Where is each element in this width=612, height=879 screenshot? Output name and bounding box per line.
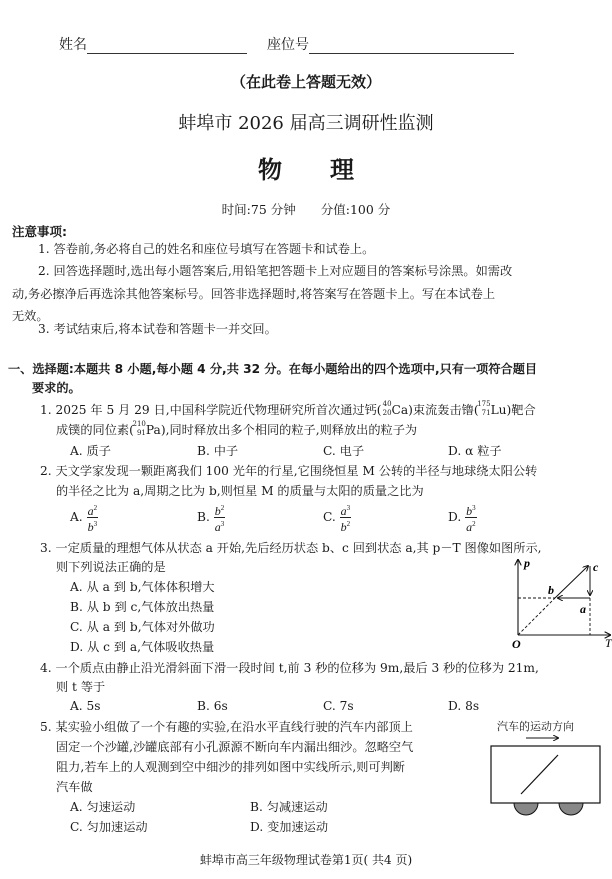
car-direction-caption: 汽车的运动方向 bbox=[497, 718, 574, 734]
q1-stem: 1. 2025 年 5 月 29 日,中国科学院近代物理研究所首次通过钙(402… bbox=[40, 402, 600, 418]
q4-option-a: A. 5s bbox=[70, 699, 101, 713]
instruction-2-cont: 动,务必擦净后再选涂其他答案标号。回答非选择题时,将答案写在答题卡上。写在本试卷… bbox=[12, 286, 600, 302]
q5-number: 5. bbox=[40, 720, 52, 734]
car-body bbox=[491, 746, 600, 803]
q1-stem-cont: 成镤的同位素(21091Pa),同时释放出多个相同的粒子,则释放出的粒子为 bbox=[56, 422, 600, 438]
car-diagram bbox=[488, 735, 608, 835]
seat-blank bbox=[309, 39, 514, 54]
car-wheel-left bbox=[514, 803, 538, 815]
q2-number: 2. bbox=[40, 464, 52, 478]
fraction: b3a2 bbox=[465, 502, 477, 533]
invalid-notice: （在此卷上答题无效） bbox=[0, 71, 612, 92]
q3-option-a: A. 从 a 到 b,气体体积增大 bbox=[70, 578, 215, 595]
axis-label-p: p bbox=[523, 556, 530, 570]
q1-number: 1. bbox=[40, 403, 52, 417]
q4-option-d: D. 8s bbox=[448, 699, 479, 713]
name-label: 姓名 bbox=[59, 37, 87, 53]
pt-diagram: p T O b c a bbox=[500, 555, 612, 650]
instructions-title: 注意事项: bbox=[12, 222, 67, 240]
time-info: 时间:75 分钟 分值:100 分 bbox=[0, 200, 612, 218]
isotope-lu: 17571 bbox=[479, 402, 491, 416]
q3-option-b: B. 从 b 到 c,气体放出热量 bbox=[70, 598, 214, 615]
q2-option-b: B. b2a3 bbox=[197, 502, 225, 533]
section-header-cont: 要求的。 bbox=[32, 380, 600, 396]
q4-stem-cont: 则 t 等于 bbox=[56, 679, 600, 695]
instruction-3: 3. 考试结束后,将本试卷和答题卡一并交回。 bbox=[38, 321, 600, 337]
q3-number: 3. bbox=[40, 541, 52, 555]
q2-option-d: D. b3a2 bbox=[448, 502, 477, 533]
fraction: a2b3 bbox=[87, 502, 99, 533]
point-label-a: a bbox=[580, 602, 586, 616]
point-label-b: b bbox=[548, 583, 554, 597]
q5-option-d: D. 变加速运动 bbox=[250, 818, 328, 835]
q5-option-c: C. 匀加速运动 bbox=[70, 818, 148, 835]
isotope-pa: 21091 bbox=[134, 422, 146, 436]
q3-option-c: C. 从 a 到 b,气体对外做功 bbox=[70, 618, 215, 635]
q4-stem: 4. 一个质点由静止沿光滑斜面下滑一段时间 t,前 3 秒的位移为 9m,最后 … bbox=[40, 660, 600, 676]
seat-label: 座位号 bbox=[267, 37, 309, 53]
q1-option-d: D. α 粒子 bbox=[448, 442, 502, 459]
name-blank bbox=[87, 39, 247, 54]
q4-option-c: C. 7s bbox=[323, 699, 354, 713]
q1-option-b: B. 中子 bbox=[197, 442, 238, 459]
q2-option-c: C. a3b2 bbox=[323, 502, 351, 533]
q4-number: 4. bbox=[40, 661, 52, 675]
q1-option-c: C. 电子 bbox=[323, 442, 364, 459]
instruction-1: 1. 答卷前,务必将自己的姓名和座位号填写在答题卡和试卷上。 bbox=[38, 241, 600, 257]
name-field: 姓名 bbox=[59, 34, 247, 54]
page-footer: 蚌埠市高三年级物理试卷第1页( 共4 页) bbox=[0, 851, 612, 868]
q1-option-a: A. 质子 bbox=[70, 442, 111, 459]
q4-option-b: B. 6s bbox=[197, 699, 228, 713]
fraction: b2a3 bbox=[214, 502, 226, 533]
point-label-c: c bbox=[593, 560, 599, 574]
q2-stem: 2. 天文学家发现一颗距离我们 100 光年的行星,它围绕恒星 M 公转的半径与… bbox=[40, 463, 600, 479]
instruction-2: 2. 回答选择题时,选出每小题答案后,用铅笔把答题卡上对应题目的答案标号涂黑。如… bbox=[38, 263, 600, 279]
subject-title: 物 理 bbox=[0, 150, 612, 185]
seat-field: 座位号 bbox=[267, 34, 514, 54]
q3-stem: 3. 一定质量的理想气体从状态 a 开始,先后经历状态 b、c 回到状态 a,其… bbox=[40, 540, 600, 556]
exam-title: 蚌埠市 2026 届高三调研性监测 bbox=[0, 109, 612, 135]
fraction: a3b2 bbox=[340, 502, 352, 533]
section-header: 一、选择题:本题共 8 小题,每小题 4 分,共 32 分。在每小题给出的四个选… bbox=[8, 361, 600, 377]
axis-label-t: T bbox=[605, 636, 612, 650]
car-wheel-right bbox=[559, 803, 583, 815]
q2-option-a: A. a2b3 bbox=[70, 502, 98, 533]
q3-option-d: D. 从 c 到 a,气体吸收热量 bbox=[70, 638, 214, 655]
q5-option-b: B. 匀减速运动 bbox=[250, 798, 328, 815]
q5-option-a: A. 匀速运动 bbox=[70, 798, 135, 815]
isotope-ca: 4020 bbox=[382, 402, 392, 416]
origin-label: O bbox=[512, 637, 521, 650]
q2-stem-cont: 的半径之比为 a,周期之比为 b,则恒星 M 的质量与太阳的质量之比为 bbox=[56, 483, 600, 499]
